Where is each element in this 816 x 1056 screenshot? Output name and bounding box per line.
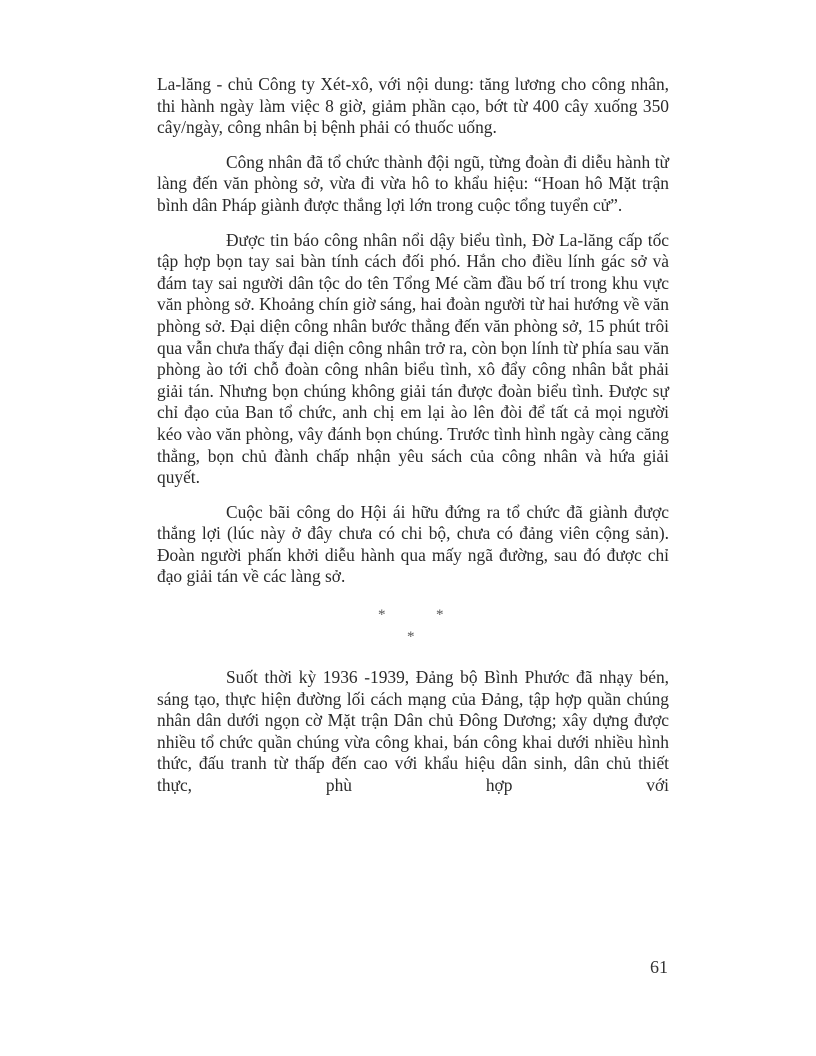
asterisk-icon: *: [378, 607, 386, 624]
paragraph-5: Suốt thời kỳ 1936 -1939, Đảng bộ Bình Ph…: [157, 667, 669, 797]
asterisk-icon: *: [436, 607, 444, 624]
section-break: * * *: [157, 601, 669, 653]
paragraph-4: Cuộc bãi công do Hội ái hữu đứng ra tổ c…: [157, 502, 669, 588]
paragraph-3: Được tin báo công nhân nổi dậy biểu tình…: [157, 230, 669, 489]
page-number: 61: [640, 957, 668, 978]
paragraph-2: Công nhân đã tổ chức thành đội ngũ, từng…: [157, 152, 669, 217]
page-body: La-lăng - chủ Công ty Xét-xô, với nội du…: [157, 74, 669, 810]
paragraph-1: La-lăng - chủ Công ty Xét-xô, với nội du…: [157, 74, 669, 139]
asterisk-icon: *: [407, 629, 415, 646]
